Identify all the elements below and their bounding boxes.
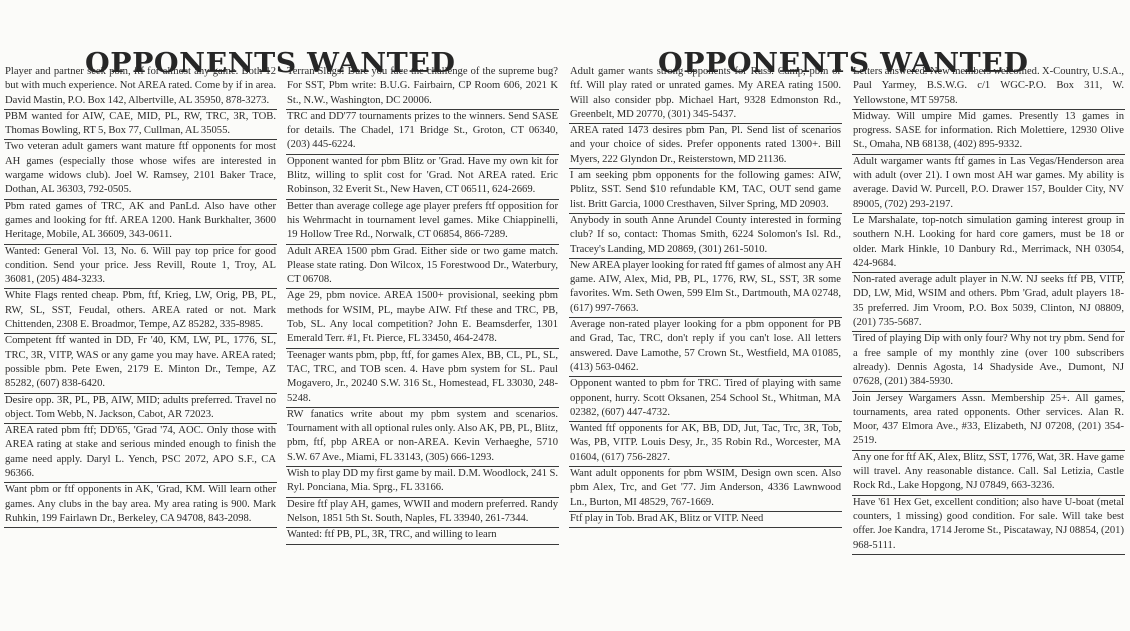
classified-ad: AREA rated 1473 desires pbm Pan, Pl. Sen…: [569, 124, 842, 169]
classified-ad: Anybody in south Anne Arundel County int…: [569, 214, 842, 259]
ads-column-1: Player and partner seek pbm, ftf for alm…: [4, 65, 277, 528]
classified-ad: Opponent wanted for pbm Blitz or 'Grad. …: [286, 155, 559, 200]
classified-ad: Want pbm or ftf opponents in AK, 'Grad, …: [4, 483, 277, 528]
classified-ad: Adult wargamer wants ftf games in Las Ve…: [852, 155, 1125, 214]
classified-ad: Wanted: General Vol. 13, No. 6. Will pay…: [4, 245, 277, 290]
classified-ad: Tired of playing Dip with only four? Why…: [852, 332, 1125, 391]
classified-ad: AREA rated pbm ftf; DD'65, 'Grad '74, AO…: [4, 424, 277, 483]
ads-column-3: Adult gamer wants strong opponents for R…: [569, 65, 842, 528]
classified-ad: Wanted: ftf PB, PL, 3R, TRC, and willing…: [286, 528, 559, 544]
classified-ad: Terran Slugs! Dare you face the challeng…: [286, 65, 559, 110]
classified-ad: Any one for ftf AK, Alex, Blitz, SST, 17…: [852, 451, 1125, 496]
classified-ad: Pbm rated games of TRC, AK and PanLd. Al…: [4, 200, 277, 245]
classified-ad: Competent ftf wanted in DD, Fr '40, KM, …: [4, 334, 277, 393]
classified-ad: Player and partner seek pbm, ftf for alm…: [4, 65, 277, 110]
classified-ad: Better than average college age player p…: [286, 200, 559, 245]
classified-ad: Want adult opponents for pbm WSIM, Desig…: [569, 467, 842, 512]
classified-ad: Ftf play in Tob. Brad AK, Blitz or VITP.…: [569, 512, 842, 528]
classified-ad: PBM wanted for AIW, CAE, MID, PL, RW, TR…: [4, 110, 277, 141]
ads-column-4: Letters answered. New members welcomed. …: [852, 65, 1125, 555]
classified-ad: Le Marshalate, top-notch simulation gami…: [852, 214, 1125, 273]
classified-ad: Average non-rated player looking for a p…: [569, 318, 842, 377]
classified-ad: Adult gamer wants strong opponents for R…: [569, 65, 842, 124]
classified-ad: Wish to play DD my first game by mail. D…: [286, 467, 559, 498]
classified-ad: Two veteran adult gamers want mature ftf…: [4, 140, 277, 199]
classified-ad: Letters answered. New members welcomed. …: [852, 65, 1125, 110]
classified-ad: Non-rated average adult player in N.W. N…: [852, 273, 1125, 332]
classified-ad: Desire ftf play AH, games, WWII and mode…: [286, 498, 559, 529]
classified-ad: White Flags rented cheap. Pbm, ftf, Krie…: [4, 289, 277, 334]
ads-column-2: Terran Slugs! Dare you face the challeng…: [286, 65, 559, 545]
classified-ad: Midway. Will umpire Mid games. Presently…: [852, 110, 1125, 155]
classified-ad: Have '61 Hex Get, excellent condition; a…: [852, 496, 1125, 555]
classified-ad: Desire opp. 3R, PL, PB, AIW, MID; adults…: [4, 394, 277, 425]
classified-ad: RW fanatics write about my pbm system an…: [286, 408, 559, 467]
classified-ad: Teenager wants pbm, pbp, ftf, for games …: [286, 349, 559, 408]
classified-ad: I am seeking pbm opponents for the follo…: [569, 169, 842, 214]
classified-ad: New AREA player looking for rated ftf ga…: [569, 259, 842, 318]
classified-ad: Join Jersey Wargamers Assn. Membership 2…: [852, 392, 1125, 451]
classified-ad: Opponent wanted to pbm for TRC. Tired of…: [569, 377, 842, 422]
classified-ad: Adult AREA 1500 pbm Grad. Either side or…: [286, 245, 559, 290]
classified-ad: TRC and DD'77 tournaments prizes to the …: [286, 110, 559, 155]
classified-ad: Age 29, pbm novice. AREA 1500+ provision…: [286, 289, 559, 348]
classified-ad: Wanted ftf opponents for AK, BB, DD, Jut…: [569, 422, 842, 467]
